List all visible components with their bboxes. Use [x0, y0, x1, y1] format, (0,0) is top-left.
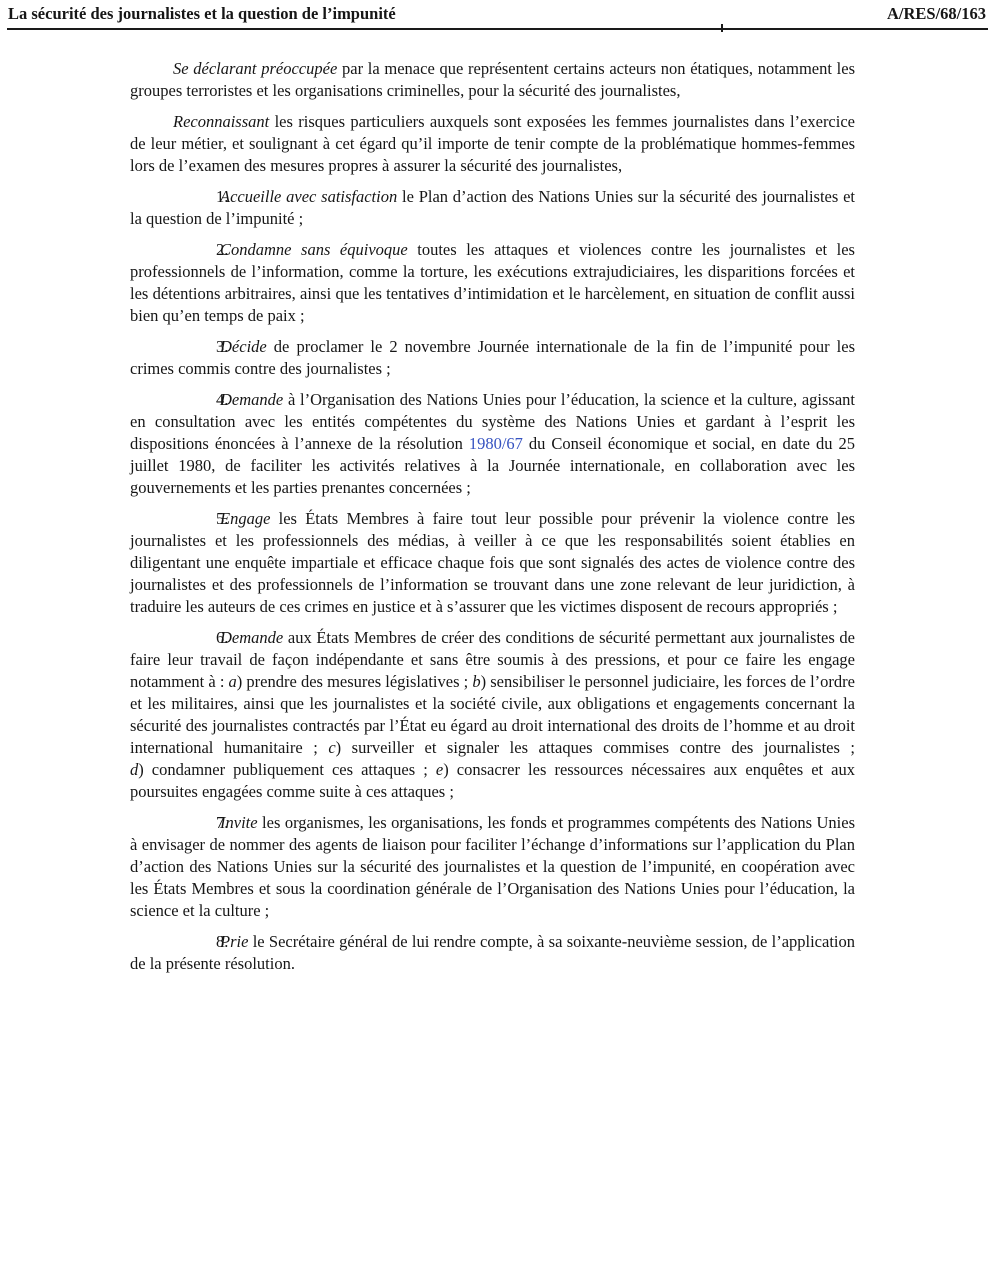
paragraph-lead-italic: a: [229, 672, 237, 691]
paragraph-lead-italic: Accueille avec satisfaction: [220, 187, 397, 206]
document-symbol: A/RES/68/163: [887, 4, 986, 24]
paragraph-lead-italic: Reconnaissant: [173, 112, 269, 131]
paragraph-lead-italic: Invite: [220, 813, 258, 832]
document-body: Se déclarant préoccupée par la menace qu…: [130, 58, 855, 975]
paragraph-lead-italic: Décide: [220, 337, 267, 356]
paragraph-number: 4.: [173, 389, 220, 411]
paragraph-text: ) prendre des mesures législatives ;: [237, 672, 473, 691]
paragraph-number: 5.: [173, 508, 220, 530]
resolution-1980-67-link[interactable]: 1980/67: [469, 434, 523, 453]
paragraph-lead-italic: b: [472, 672, 480, 691]
paragraph-lead-italic: c: [328, 738, 335, 757]
paragraph-lead-italic: d: [130, 760, 138, 779]
preambular-paragraph: Se déclarant préoccupée par la menace qu…: [130, 58, 855, 102]
paragraph-lead-italic: Demande: [220, 390, 283, 409]
running-title: La sécurité des journalistes et la quest…: [8, 4, 396, 24]
paragraph-number: 2.: [173, 239, 220, 261]
registration-tick-mark: [721, 24, 723, 32]
paragraph-lead-italic: Demande: [220, 628, 283, 647]
operative-paragraph: 1.Accueille avec satisfaction le Plan d’…: [130, 186, 855, 230]
paragraph-lead-italic: Se déclarant préoccupée: [173, 59, 337, 78]
preambular-paragraph: Reconnaissant les risques particuliers a…: [130, 111, 855, 177]
operative-paragraph: 8.Prie le Secrétaire général de lui rend…: [130, 931, 855, 975]
paragraph-lead-italic: Condamne sans équivoque: [220, 240, 408, 259]
paragraph-number: 7.: [173, 812, 220, 834]
operative-paragraph: 6.Demande aux États Membres de créer des…: [130, 627, 855, 803]
operative-paragraph: 7.Invite les organismes, les organisatio…: [130, 812, 855, 922]
paragraph-number: 1.: [173, 186, 220, 208]
operative-paragraph: 2.Condamne sans équivoque toutes les att…: [130, 239, 855, 327]
paragraph-number: 8.: [173, 931, 220, 953]
document-page: La sécurité des journalistes et la quest…: [0, 0, 995, 1264]
paragraph-text: ) condamner publiquement ces attaques ;: [138, 760, 436, 779]
header-rule: [7, 28, 988, 30]
page-header: La sécurité des journalistes et la quest…: [0, 0, 995, 24]
paragraph-lead-italic: Engage: [220, 509, 270, 528]
paragraph-number: 3.: [173, 336, 220, 358]
paragraph-number: 6.: [173, 627, 220, 649]
operative-paragraph: 5.Engage les États Membres à faire tout …: [130, 508, 855, 618]
paragraph-lead-italic: Prie: [220, 932, 248, 951]
paragraph-text: ) surveiller et signaler les attaques co…: [336, 738, 855, 757]
operative-paragraph: 4.Demande à l’Organisation des Nations U…: [130, 389, 855, 499]
operative-paragraph: 3.Décide de proclamer le 2 novembre Jour…: [130, 336, 855, 380]
